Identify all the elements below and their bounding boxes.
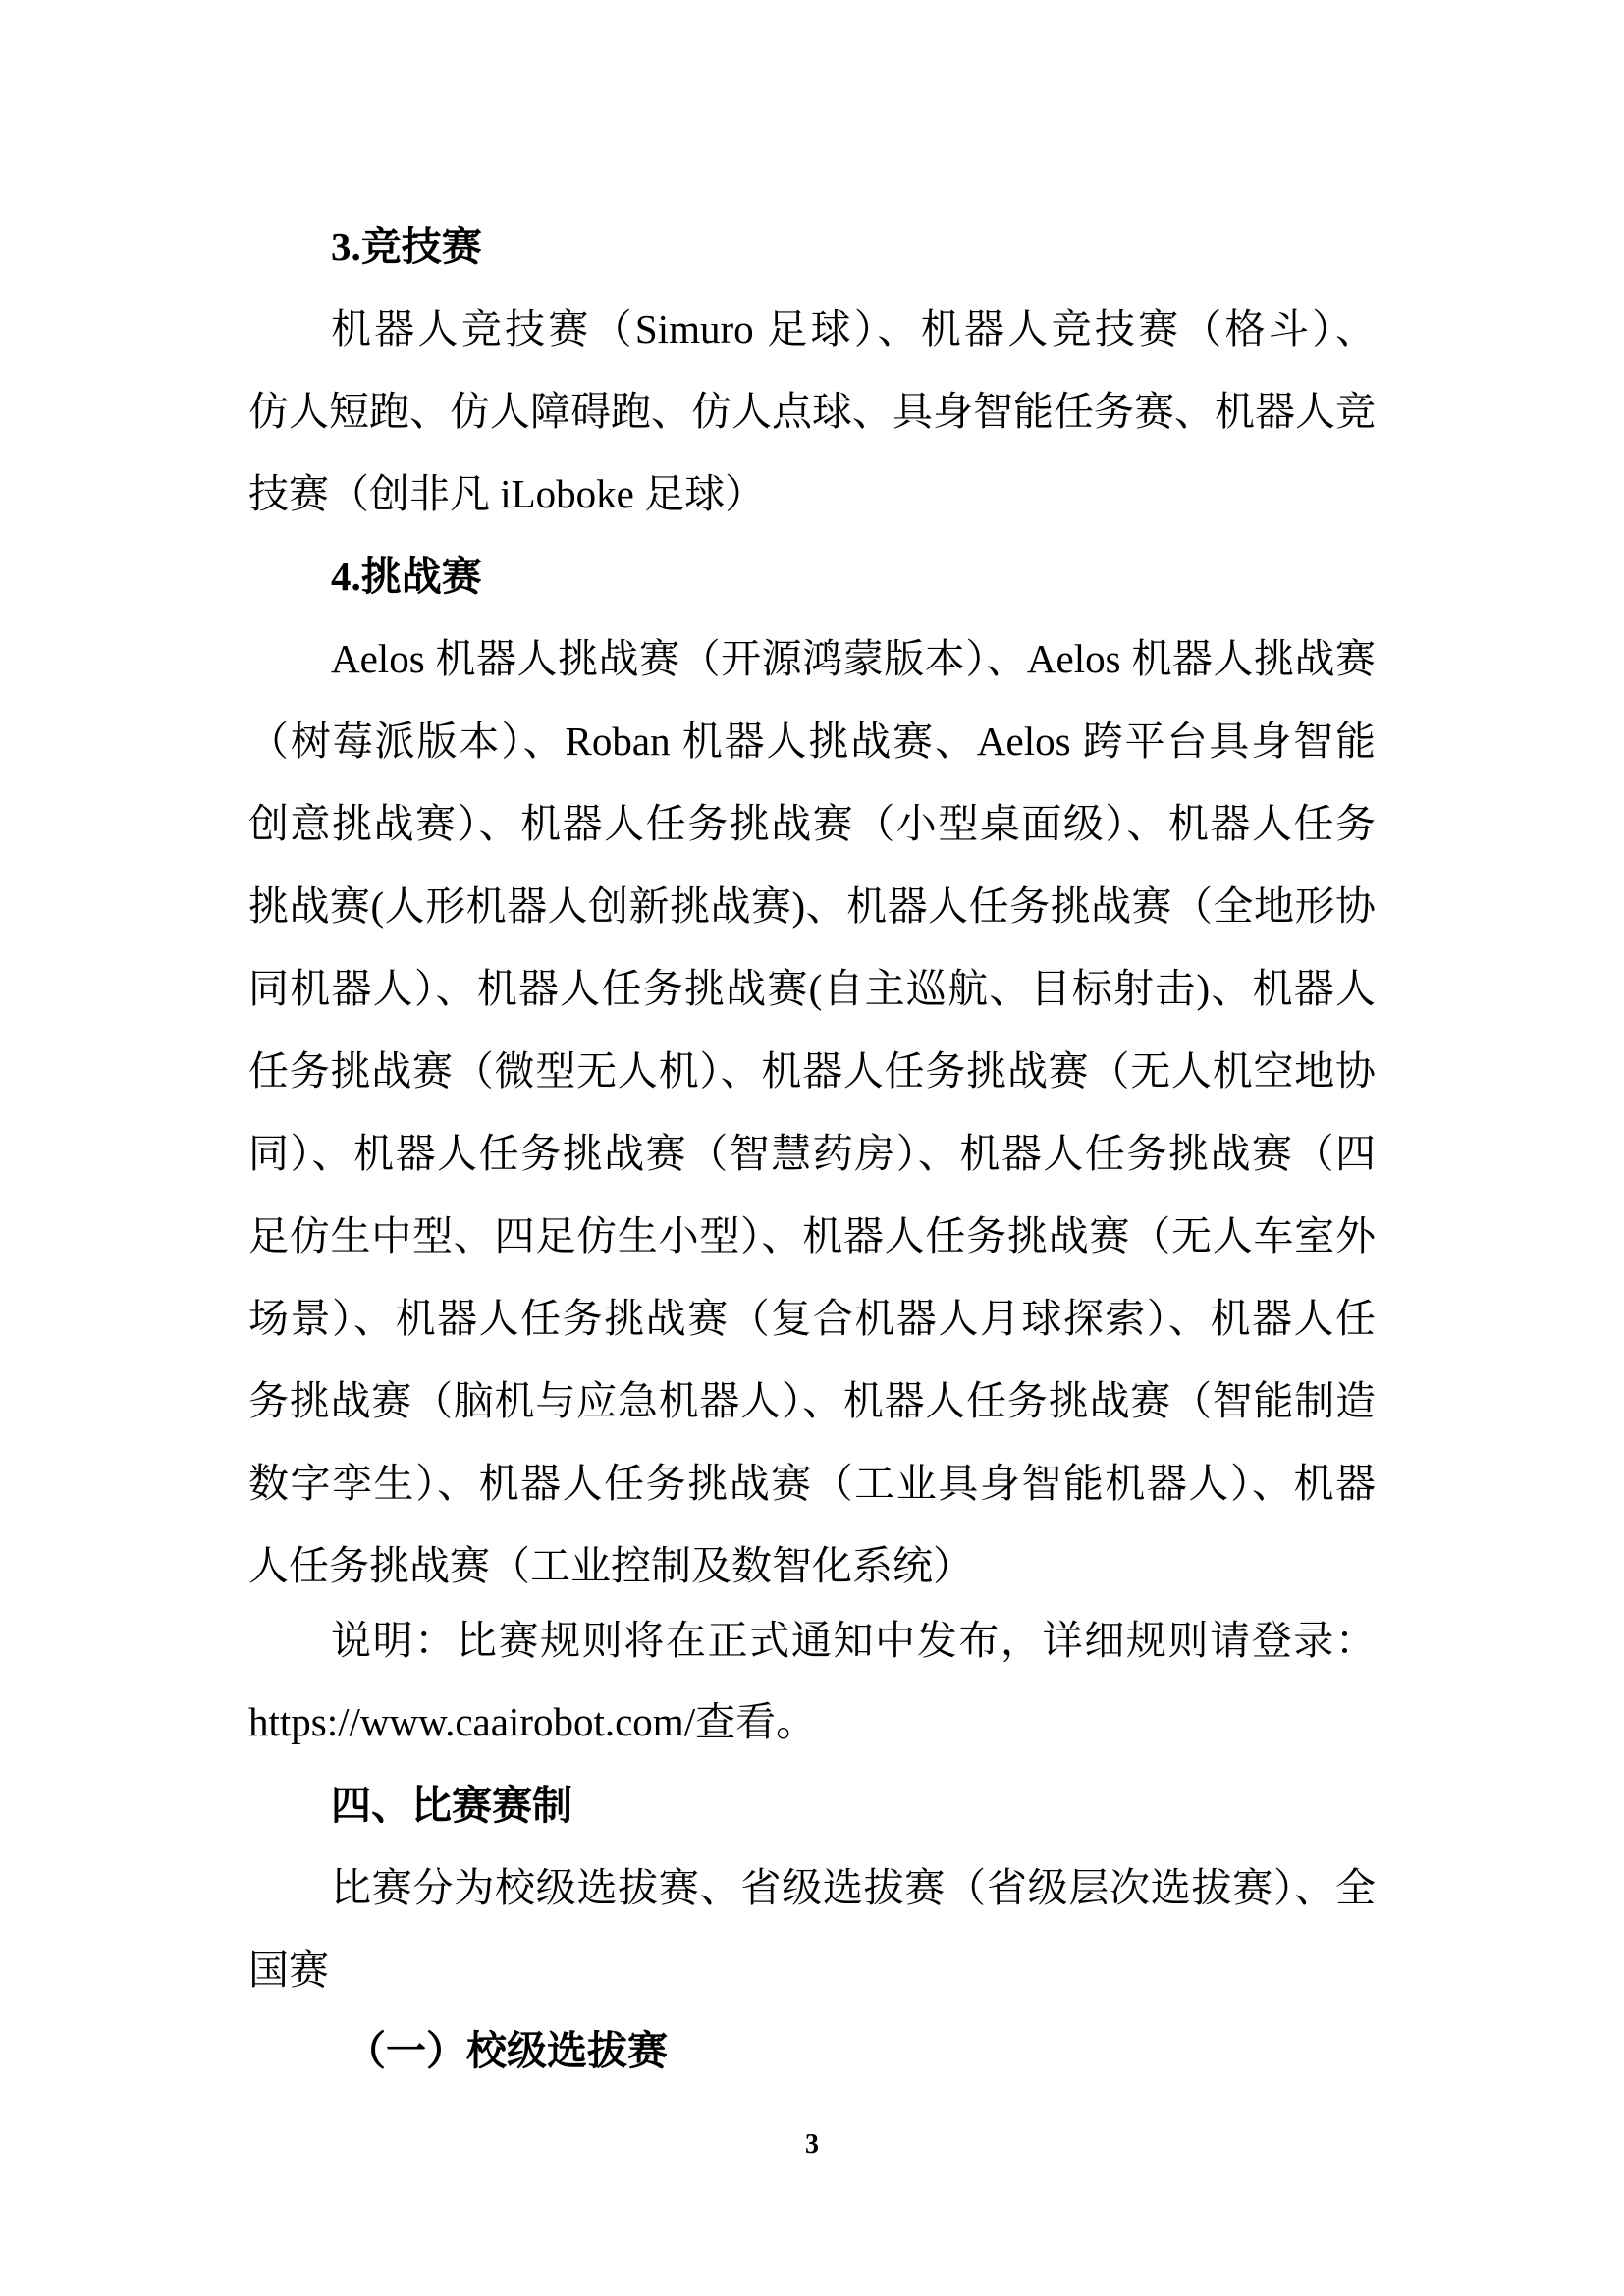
paragraph-line: 挑战赛(人形机器人创新挑战赛)、机器人任务挑战赛（全地形协 xyxy=(248,881,1376,931)
page-number: 3 xyxy=(797,2128,827,2162)
paragraph-line: 创意挑战赛）、机器人任务挑战赛（小型桌面级）、机器人任务 xyxy=(248,799,1376,848)
note-line: 说明：比赛规则将在正式通知中发布，详细规则请登录： xyxy=(331,1616,1376,1665)
paragraph-line: 技赛（创非凡 iLoboke 足球） xyxy=(248,469,1376,518)
document-page: 3.竞技赛 机器人竞技赛（Simuro 足球）、机器人竞技赛（格斗）、 仿人短跑… xyxy=(0,0,1624,2296)
paragraph-line: 仿人短跑、仿人障碍跑、仿人点球、具身智能任务赛、机器人竞 xyxy=(248,387,1376,436)
paragraph-line: Aelos 机器人挑战赛（开源鸿蒙版本）、Aelos 机器人挑战赛 xyxy=(331,634,1376,683)
note-url-line: https://www.caairobot.com/查看。 xyxy=(248,1697,1376,1746)
paragraph-line: 同）、机器人任务挑战赛（智慧药房）、机器人任务挑战赛（四 xyxy=(248,1129,1376,1178)
paragraph-line: 务挑战赛（脑机与应急机器人）、机器人任务挑战赛（智能制造 xyxy=(248,1376,1376,1425)
paragraph-line: 场景）、机器人任务挑战赛（复合机器人月球探索）、机器人任 xyxy=(248,1294,1376,1343)
paragraph-line: 比赛分为校级选拔赛、省级选拔赛（省级层次选拔赛）、全 xyxy=(331,1863,1376,1912)
paragraph-line: （树莓派版本）、Roban 机器人挑战赛、Aelos 跨平台具身智能 xyxy=(248,717,1376,766)
paragraph-line: 足仿生中型、四足仿生小型）、机器人任务挑战赛（无人车室外 xyxy=(248,1211,1376,1260)
paragraph-line: 任务挑战赛（微型无人机）、机器人任务挑战赛（无人机空地协 xyxy=(248,1046,1376,1095)
paragraph-line: 人任务挑战赛（工业控制及数智化系统） xyxy=(248,1541,1376,1590)
paragraph-line: 机器人竞技赛（Simuro 足球）、机器人竞技赛（格斗）、 xyxy=(331,304,1376,353)
paragraph-line: 数字孪生）、机器人任务挑战赛（工业具身智能机器人）、机器 xyxy=(248,1459,1376,1508)
paragraph-line: 国赛 xyxy=(248,1946,1376,1995)
subsection-heading-school-selection: （一）校级选拔赛 xyxy=(346,2026,1473,2075)
section-heading-competitive: 3.竞技赛 xyxy=(331,222,1376,271)
section-heading-format: 四、比赛赛制 xyxy=(331,1781,1376,1830)
section-heading-challenge: 4.挑战赛 xyxy=(331,552,1376,601)
paragraph-line: 同机器人）、机器人任务挑战赛(自主巡航、目标射击)、机器人 xyxy=(248,964,1376,1013)
